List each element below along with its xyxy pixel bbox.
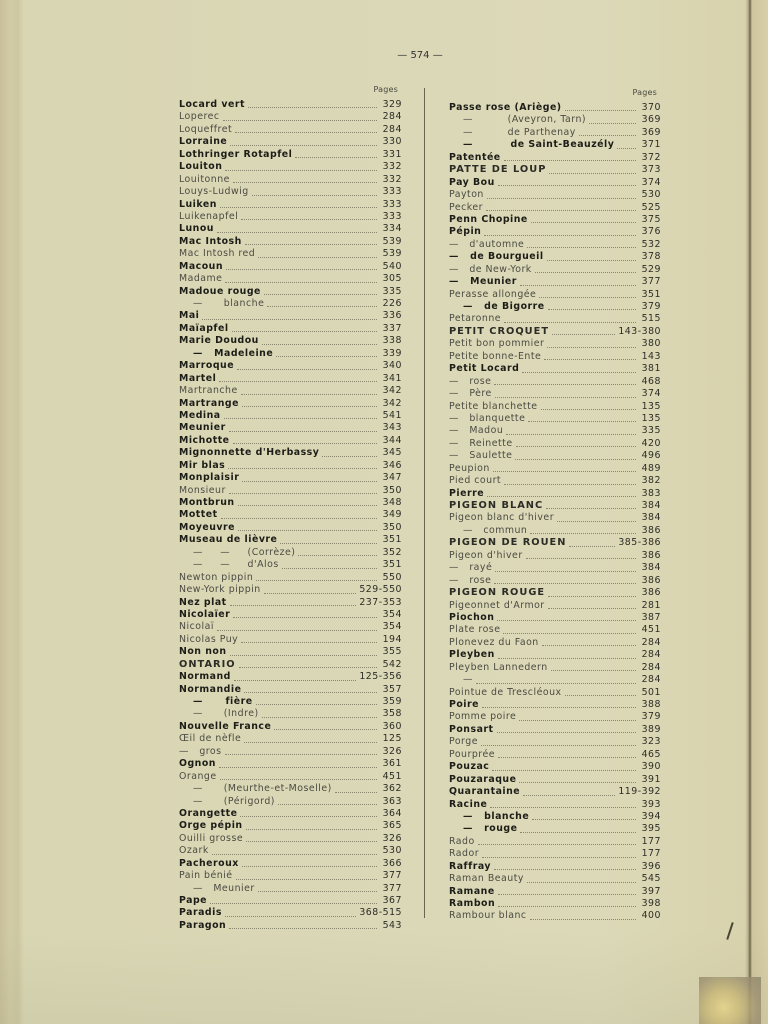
index-entry: Nouvelle France 360 (179, 721, 402, 733)
leader-dots (565, 694, 636, 696)
leader-dots (244, 741, 377, 743)
index-entry: — Saulette 496 (449, 450, 661, 462)
leader-dots (519, 719, 636, 721)
leader-dots (264, 592, 357, 594)
leader-dots (528, 420, 636, 422)
entry-name: Pecker (449, 202, 483, 214)
entry-name: Paradis (179, 907, 222, 919)
leader-dots (548, 308, 636, 310)
leader-dots (498, 756, 636, 758)
leader-dots (220, 778, 377, 780)
entry-name: Pierre (449, 488, 484, 500)
index-entry: Louys-Ludwig 333 (179, 186, 402, 198)
leader-dots (238, 504, 377, 506)
index-entry: Perasse allongée 351 (449, 289, 661, 301)
index-entry: Louitonne 332 (179, 174, 402, 186)
leader-dots (565, 109, 636, 111)
entry-name: Porge (449, 736, 478, 748)
entry-page: 329 (380, 99, 402, 111)
index-entry: Porge 323 (449, 736, 661, 748)
leader-dots (258, 256, 377, 258)
entry-page: 284 (380, 111, 402, 123)
index-entry: Quarantaine 119-392 (449, 786, 661, 798)
entry-page: 284 (639, 637, 661, 649)
index-entry: Pain bénié 377 (179, 870, 402, 882)
entry-name: Montbrun (179, 497, 235, 509)
entry-name: Penn Chopine (449, 214, 528, 226)
index-entry: Lorraine 330 (179, 136, 402, 148)
entry-name: — rouge (449, 823, 517, 835)
index-entry: ONTARIO 542 (179, 659, 402, 671)
leader-dots (246, 840, 377, 842)
leader-dots (548, 595, 636, 597)
leader-dots (589, 122, 636, 124)
leader-dots (490, 806, 636, 808)
index-entry: Rambon 398 (449, 898, 661, 910)
index-entry: Piochon 387 (449, 612, 661, 624)
index-entry: — blanche 226 (179, 298, 402, 310)
entry-name: — de Saint-Beauzély (449, 139, 614, 151)
entry-page: 390 (639, 761, 661, 773)
leader-dots (541, 408, 636, 410)
entry-name: — Madou (449, 425, 503, 437)
leader-dots (569, 545, 615, 547)
leader-dots (557, 520, 636, 522)
leader-dots (497, 619, 636, 621)
entry-name: Raman Beauty (449, 873, 524, 885)
leader-dots (551, 669, 636, 671)
entry-page: 335 (380, 286, 402, 298)
index-entry: Pourprée 465 (449, 749, 661, 761)
leader-dots (241, 218, 377, 220)
entry-name: Pied court (449, 475, 501, 487)
index-entry: — d'automne 532 (449, 239, 661, 251)
index-entry: Pointue de Trescléoux 501 (449, 687, 661, 699)
leader-dots (520, 284, 636, 286)
entry-page: 377 (380, 883, 402, 895)
entry-name: — Meunier (179, 883, 255, 895)
leader-dots (274, 728, 377, 730)
leader-dots (542, 644, 636, 646)
entry-page: 337 (380, 323, 402, 335)
leader-dots (495, 396, 636, 398)
leader-dots (544, 358, 636, 360)
entry-name: — (Aveyron, Tarn) (449, 114, 586, 126)
entry-page: 370 (639, 102, 661, 114)
index-entry: Raffray 396 (449, 861, 661, 873)
entry-name: Moyeuvre (179, 522, 235, 534)
entry-page: 397 (639, 886, 661, 898)
entry-page: 372 (639, 152, 661, 164)
leader-dots (530, 532, 636, 534)
entry-name: Luikenapfel (179, 211, 238, 223)
index-entry: PIGEON DE ROUEN 385-386 (449, 537, 661, 549)
entry-name: Normandie (179, 684, 241, 696)
entry-name: — Père (449, 388, 492, 400)
index-entry: Mir blas 346 (179, 460, 402, 472)
index-entry: PIGEON BLANC 384 (449, 500, 661, 512)
entry-page: 351 (380, 559, 402, 571)
entry-page: 373 (639, 164, 661, 176)
entry-name: Pay Bou (449, 177, 495, 189)
entry-page: 342 (380, 385, 402, 397)
entry-name: Piochon (449, 612, 494, 624)
leader-dots (280, 542, 377, 544)
entry-name: Quarantaine (449, 786, 520, 798)
entry-page: 451 (380, 771, 402, 783)
entry-page: 345 (380, 447, 402, 459)
entry-name: PIGEON DE ROUEN (449, 537, 566, 549)
entry-name: Mac Intosh (179, 236, 242, 248)
entry-name: Orge pépin (179, 820, 243, 832)
entry-name: — — d'Alos (179, 559, 279, 571)
book-page: — 574 — Pages Locard vert 329 Loperec 28… (0, 0, 768, 1024)
index-entry: — rouge 395 (449, 823, 661, 835)
index-entry: Paradis 368-515 (179, 907, 402, 919)
entry-name: Madame (179, 273, 222, 285)
entry-name: — de New-York (449, 264, 532, 276)
index-entry: PIGEON ROUGE 386 (449, 587, 661, 599)
entry-name: — Meunier (449, 276, 517, 288)
entry-page: 381 (639, 363, 661, 375)
entry-name: — gros (179, 746, 222, 758)
index-entry: Martel 341 (179, 373, 402, 385)
leader-dots (221, 517, 377, 519)
leader-dots (258, 890, 377, 892)
index-entry: Montbrun 348 (179, 497, 402, 509)
entry-page: 350 (380, 522, 402, 534)
entry-name: Patentée (449, 152, 501, 164)
index-entry: Pape 367 (179, 895, 402, 907)
leader-dots (240, 815, 377, 817)
entry-name: Pourprée (449, 749, 495, 761)
leader-dots (476, 682, 636, 684)
index-entry: Nicolaï 354 (179, 621, 402, 633)
entry-page: 125-356 (359, 671, 402, 683)
entry-name: Pigeonnet d'Armor (449, 600, 545, 612)
entry-page: 348 (380, 497, 402, 509)
index-entry: Monplaisir 347 (179, 472, 402, 484)
leader-dots (516, 445, 636, 447)
leader-dots (225, 281, 377, 283)
entry-page: 540 (380, 261, 402, 273)
entry-name: — rose (449, 376, 491, 388)
leader-dots (242, 480, 377, 482)
entry-name: Rambon (449, 898, 495, 910)
index-entry: Monsieur 350 (179, 485, 402, 497)
entry-page: 532 (639, 239, 661, 251)
leader-dots (531, 221, 636, 223)
index-entry: Pay Bou 374 (449, 177, 661, 189)
index-entry: Mignonnette d'Herbassy 345 (179, 447, 402, 459)
entry-page: 501 (639, 687, 661, 699)
entry-name: — fière (179, 696, 253, 708)
leader-dots (238, 529, 377, 531)
entry-page: 333 (380, 199, 402, 211)
leader-dots (225, 169, 377, 171)
entry-page: 385-386 (618, 537, 661, 549)
entry-page: 394 (639, 811, 661, 823)
entry-page: 386 (639, 575, 661, 587)
entry-page: 451 (639, 624, 661, 636)
entry-page: 383 (639, 488, 661, 500)
leader-dots (498, 905, 636, 907)
entry-page: 366 (380, 858, 402, 870)
entry-page: 281 (639, 600, 661, 612)
pages-header: Pages (449, 88, 661, 102)
entry-name: Petite bonne-Ente (449, 351, 541, 363)
index-entry: Rado 177 (449, 836, 661, 848)
index-entry: Locard vert 329 (179, 99, 402, 111)
entry-page: 363 (380, 796, 402, 808)
entry-page: 377 (639, 276, 661, 288)
index-entry: Marroque 340 (179, 360, 402, 372)
leader-dots (230, 654, 377, 656)
entry-page: 326 (380, 746, 402, 758)
entry-name: Maïapfel (179, 323, 229, 335)
leader-dots (547, 346, 636, 348)
index-entry: — 284 (449, 674, 661, 686)
entry-name: Rador (449, 848, 479, 860)
entry-name: Pigeon blanc d'hiver (449, 512, 554, 524)
entry-page: 384 (639, 500, 661, 512)
leader-dots (246, 828, 377, 830)
entry-page: 334 (380, 223, 402, 235)
leader-dots (239, 666, 377, 668)
leader-dots (230, 144, 377, 146)
entry-page: 468 (639, 376, 661, 388)
entry-name: Madoue rouge (179, 286, 261, 298)
entry-name: Loperec (179, 111, 220, 123)
leader-dots (506, 433, 636, 435)
entry-name: Ognon (179, 758, 216, 770)
leader-dots (322, 455, 377, 457)
index-entry: PATTE DE LOUP 373 (449, 164, 661, 176)
entry-name: Monsieur (179, 485, 226, 497)
entry-page: 326 (380, 833, 402, 845)
leader-dots (225, 753, 377, 755)
entry-page: 465 (639, 749, 661, 761)
leader-dots (478, 843, 636, 845)
entry-page: 349 (380, 509, 402, 521)
entry-name: Monplaisir (179, 472, 239, 484)
entry-name: Paragon (179, 920, 226, 932)
leader-dots (242, 865, 377, 867)
index-entry: — de New-York 529 (449, 264, 661, 276)
leader-dots (493, 470, 636, 472)
leader-dots (482, 856, 636, 858)
index-column-right: Pages Passe rose (Ariège) 370 — (Aveyron… (449, 88, 661, 923)
index-entry: — blanche 394 (449, 811, 661, 823)
index-list-left: Locard vert 329 Loperec 284 Loqueffret 2… (179, 99, 402, 932)
index-entry: Paragon 543 (179, 920, 402, 932)
leader-dots (522, 371, 636, 373)
entry-page: 525 (639, 202, 661, 214)
entry-page: 545 (639, 873, 661, 885)
entry-page: 530 (380, 845, 402, 857)
entry-name: Martrange (179, 398, 239, 410)
entry-page: 357 (380, 684, 402, 696)
index-entry: Pouzac 390 (449, 761, 661, 773)
entry-page: 143-380 (618, 326, 661, 338)
entry-name: — Reinette (449, 438, 513, 450)
entry-name: Louitonne (179, 174, 230, 186)
index-entry: Pépin 376 (449, 226, 661, 238)
entry-page: 420 (639, 438, 661, 450)
entry-page: 391 (639, 774, 661, 786)
index-entry: Pierre 383 (449, 488, 661, 500)
entry-name: Plonevez du Faon (449, 637, 539, 649)
entry-name: Pomme poire (449, 711, 516, 723)
entry-page: 335 (639, 425, 661, 437)
leader-dots (486, 209, 636, 211)
index-entry: Pleyben 284 (449, 649, 661, 661)
index-entry: — de Parthenay 369 (449, 127, 661, 139)
entry-name: Plate rose (449, 624, 500, 636)
leader-dots (494, 868, 636, 870)
leader-dots (267, 305, 377, 307)
index-entry: — Meunier 377 (449, 276, 661, 288)
entry-name: PATTE DE LOUP (449, 164, 546, 176)
index-entry: Pigeon blanc d'hiver 384 (449, 512, 661, 524)
entry-page: 354 (380, 621, 402, 633)
leader-dots (210, 902, 377, 904)
entry-name: Perasse allongée (449, 289, 536, 301)
entry-name: ONTARIO (179, 659, 236, 671)
entry-name: — de Bigorre (449, 301, 545, 313)
index-entry: Martranche 342 (179, 385, 402, 397)
leader-dots (229, 492, 377, 494)
entry-name: Non non (179, 646, 227, 658)
leader-dots (248, 106, 377, 108)
leader-dots (497, 731, 637, 733)
index-entry: Rambour blanc 400 (449, 910, 661, 922)
index-entry: Passe rose (Ariège) 370 (449, 102, 661, 114)
leader-dots (548, 607, 636, 609)
index-entry: PETIT CROQUET 143-380 (449, 326, 661, 338)
entry-page: 358 (380, 708, 402, 720)
leader-dots (527, 246, 636, 248)
index-entry: — Madeleine 339 (179, 348, 402, 360)
entry-name: Œil de nèfle (179, 733, 241, 745)
entry-page: 333 (380, 211, 402, 223)
index-entry: Plate rose 451 (449, 624, 661, 636)
entry-page: 135 (639, 413, 661, 425)
entry-page: 543 (380, 920, 402, 932)
index-entry: Petite blanchette 135 (449, 401, 661, 413)
entry-name: Pain bénié (179, 870, 233, 882)
leader-dots (335, 791, 377, 793)
entry-name: Louiton (179, 161, 222, 173)
index-entry: — blanquette 135 (449, 413, 661, 425)
leader-dots (503, 632, 636, 634)
entry-page: 384 (639, 512, 661, 524)
entry-name: Marroque (179, 360, 234, 372)
leader-dots (256, 579, 377, 581)
entry-name: Nicolas Puy (179, 634, 238, 646)
entry-page: 515 (639, 313, 661, 325)
entry-name: Ozark (179, 845, 209, 857)
leader-dots (549, 172, 636, 174)
index-entry: — fière 359 (179, 696, 402, 708)
index-entry: Ozark 530 (179, 845, 402, 857)
entry-name: Newton pippin (179, 572, 253, 584)
leader-dots (232, 330, 377, 332)
index-entry: Orange 451 (179, 771, 402, 783)
entry-page: 354 (380, 609, 402, 621)
entry-page: 375 (639, 214, 661, 226)
entry-name: Petit bon pommier (449, 338, 544, 350)
index-entry: Moyeuvre 350 (179, 522, 402, 534)
entry-name: Normand (179, 671, 231, 683)
index-list-right: Passe rose (Ariège) 370 — (Aveyron, Tarn… (449, 102, 661, 923)
index-entry: Pecker 525 (449, 202, 661, 214)
leader-dots (217, 629, 377, 631)
entry-name: — Madeleine (179, 348, 273, 360)
index-entry: — — d'Alos 351 (179, 559, 402, 571)
entry-page: 351 (380, 534, 402, 546)
leader-dots (226, 268, 377, 270)
leader-dots (220, 206, 377, 208)
leader-dots (235, 131, 377, 133)
leader-dots (494, 383, 636, 385)
entry-page: 323 (639, 736, 661, 748)
entry-page: 380 (639, 338, 661, 350)
entry-page: 143 (639, 351, 661, 363)
leader-dots (498, 657, 636, 659)
index-entry: Luikenapfel 333 (179, 211, 402, 223)
entry-name: Pacheroux (179, 858, 239, 870)
entry-page: 352 (380, 547, 402, 559)
index-entry: Pigeon d'hiver 386 (449, 550, 661, 562)
leader-dots (295, 156, 377, 158)
leader-dots (539, 296, 636, 298)
leader-dots (552, 333, 615, 335)
index-entry: Loperec 284 (179, 111, 402, 123)
entry-name: — rose (449, 575, 491, 587)
leader-dots (264, 293, 377, 295)
entry-name: Pouzaraque (449, 774, 516, 786)
leader-dots (526, 557, 636, 559)
entry-page: 284 (639, 674, 661, 686)
leader-dots (229, 430, 377, 432)
entry-page: 284 (380, 124, 402, 136)
index-entry: Normandie 357 (179, 684, 402, 696)
entry-name: Loqueffret (179, 124, 232, 136)
leader-dots (225, 915, 356, 917)
leader-dots (262, 343, 377, 345)
index-entry: Mac Intosh 539 (179, 236, 402, 248)
entry-page: 542 (380, 659, 402, 671)
entry-page: 135 (639, 401, 661, 413)
index-entry: Ouilli grosse 326 (179, 833, 402, 845)
leader-dots (202, 318, 377, 320)
leader-dots (532, 818, 636, 820)
entry-page: 365 (380, 820, 402, 832)
entry-page: 125 (380, 733, 402, 745)
entry-page: 336 (380, 310, 402, 322)
entry-page: 367 (380, 895, 402, 907)
index-entry: Museau de lièvre 351 (179, 534, 402, 546)
index-entry: Madoue rouge 335 (179, 286, 402, 298)
entry-page: 529 (639, 264, 661, 276)
index-entry: — rose 468 (449, 376, 661, 388)
index-entry: Pouzaraque 391 (449, 774, 661, 786)
entry-page: 384 (639, 562, 661, 574)
column-divider (424, 88, 425, 918)
leader-dots (495, 570, 636, 572)
index-entry: Ognon 361 (179, 758, 402, 770)
